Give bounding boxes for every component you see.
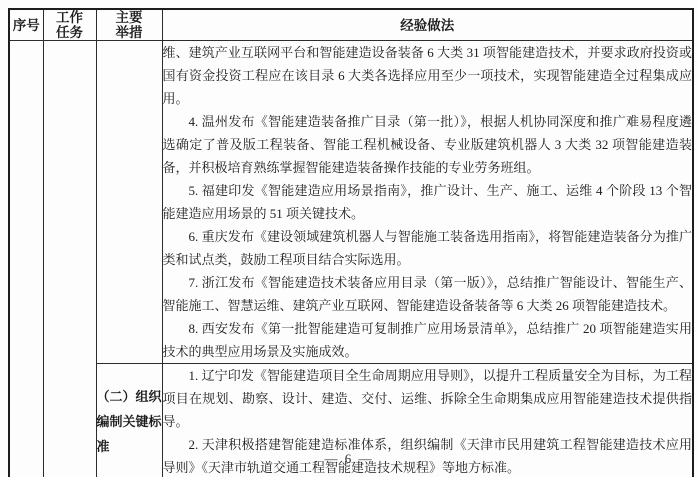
experience-paragraph: 7. 浙江发布《智能建造技术装备应用目录（第一版）》，总结推广智能设计、智能生产…	[163, 271, 693, 317]
col-header-task-label: 工作任务	[55, 10, 83, 40]
experience-cell: 维、建筑产业互联网平台和智能建造设备装备 6 大类 31 项智能建造技术，并要求…	[162, 41, 693, 364]
task-cell	[43, 41, 96, 477]
table-row-continuation: 维、建筑产业互联网平台和智能建造设备装备 6 大类 31 项智能建造技术，并要求…	[9, 41, 693, 364]
experience-paragraph: 5. 福建印发《智能建造应用场景指南》，推广设计、生产、施工、运维 4 个阶段 …	[163, 179, 693, 225]
serial-cell	[9, 41, 43, 477]
experience-paragraph: 维、建筑产业互联网平台和智能建造设备装备 6 大类 31 项智能建造技术，并要求…	[163, 41, 693, 110]
experience-paragraph: 4. 温州发布《智能建造装备推广目录（第一批）》，根据人机协同深度和推广难易程度…	[163, 110, 693, 179]
experience-table: 序号 工作任务 主要举措 经验做法 维、建筑产业互联网平台和智能建造设备装	[8, 8, 694, 477]
experience-paragraph: 1. 辽宁印发《智能建造项目全生命周期应用导则》，以提升工程质量安全为目标，为工…	[163, 364, 693, 433]
col-header-task: 工作任务	[43, 9, 96, 41]
experience-paragraph: 8. 西安发布《第一批智能建造可复制推广应用场景清单》，总结推广 20 项智能建…	[163, 317, 693, 363]
col-header-measure: 主要举措	[96, 9, 162, 41]
page-number: — 6 —	[0, 451, 698, 467]
measure-label: （二）组织编制关键标准	[97, 389, 162, 454]
col-header-experience: 经验做法	[162, 9, 693, 41]
col-header-measure-label: 主要举措	[115, 10, 143, 40]
measure-cell-empty	[96, 41, 162, 364]
experience-paragraph: 6. 重庆发布《建设领域建筑机器人与智能施工装备选用指南》，将智能建造装备分为推…	[163, 225, 693, 271]
col-header-serial: 序号	[9, 9, 43, 41]
header-row: 序号 工作任务 主要举措 经验做法	[9, 9, 693, 41]
col-header-serial-label: 序号	[13, 18, 40, 33]
col-header-experience-label: 经验做法	[400, 18, 454, 33]
document-page: 序号 工作任务 主要举措 经验做法 维、建筑产业互联网平台和智能建造设备装	[0, 0, 698, 477]
